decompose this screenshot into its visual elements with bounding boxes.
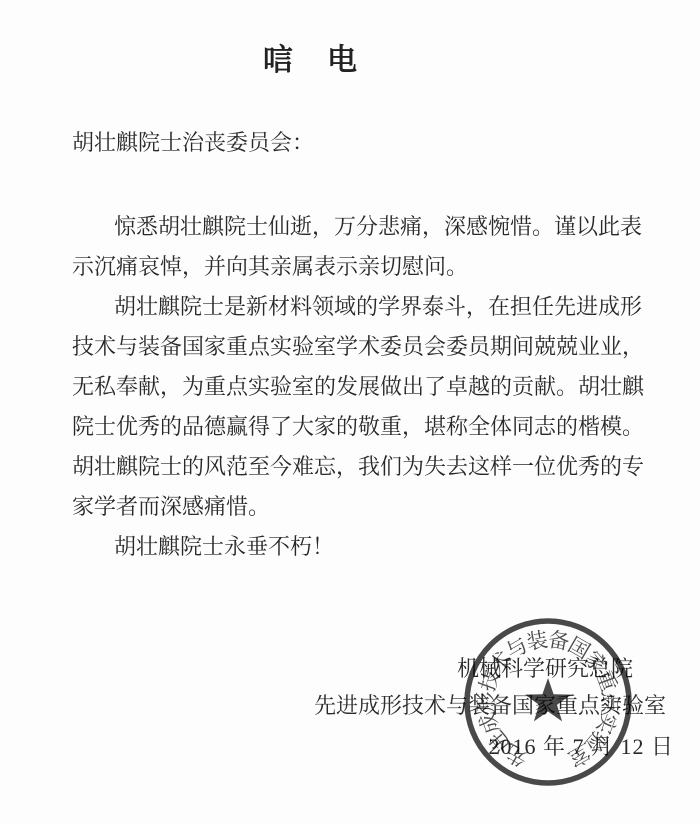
document-title: 唁 电: [0, 44, 622, 78]
official-seal: 先进成形技术与装备国家重点实验室: [458, 612, 638, 792]
document-body: 惊悉胡壮麒院士仙逝，万分悲痛，深感惋惜。谨以此表 示沉痛哀悼，并向其亲属表示亲切…: [72, 207, 652, 567]
body-line: 示沉痛哀悼，并向其亲属表示亲切慰问。: [72, 247, 652, 287]
body-line: 胡壮麒院士的风范至今难忘，我们为失去这样一位优秀的专: [72, 447, 652, 487]
body-line: 惊悉胡壮麒院士仙逝，万分悲痛，深感惋惜。谨以此表: [72, 207, 652, 247]
body-line: 胡壮麒院士是新材料领域的学界泰斗，在担任先进成形: [72, 287, 652, 327]
seal-star-icon: [525, 678, 571, 721]
body-line: 院士优秀的品德赢得了大家的敬重，堪称全体同志的楷模。: [72, 407, 652, 447]
body-line: 胡壮麒院士永垂不朽！: [72, 527, 652, 567]
body-line: 技术与装备国家重点实验室学术委员会委员期间兢兢业业，: [72, 327, 652, 367]
body-line: 家学者而深感痛惜。: [72, 487, 652, 527]
body-line: 无私奉献，为重点实验室的发展做出了卓越的贡献。胡壮麒: [72, 367, 652, 407]
document-page: 唁 电 胡壮麒院士治丧委员会： 惊悉胡壮麒院士仙逝，万分悲痛，深感惋惜。谨以此表…: [0, 0, 700, 824]
salutation: 胡壮麒院士治丧委员会：: [72, 129, 314, 157]
